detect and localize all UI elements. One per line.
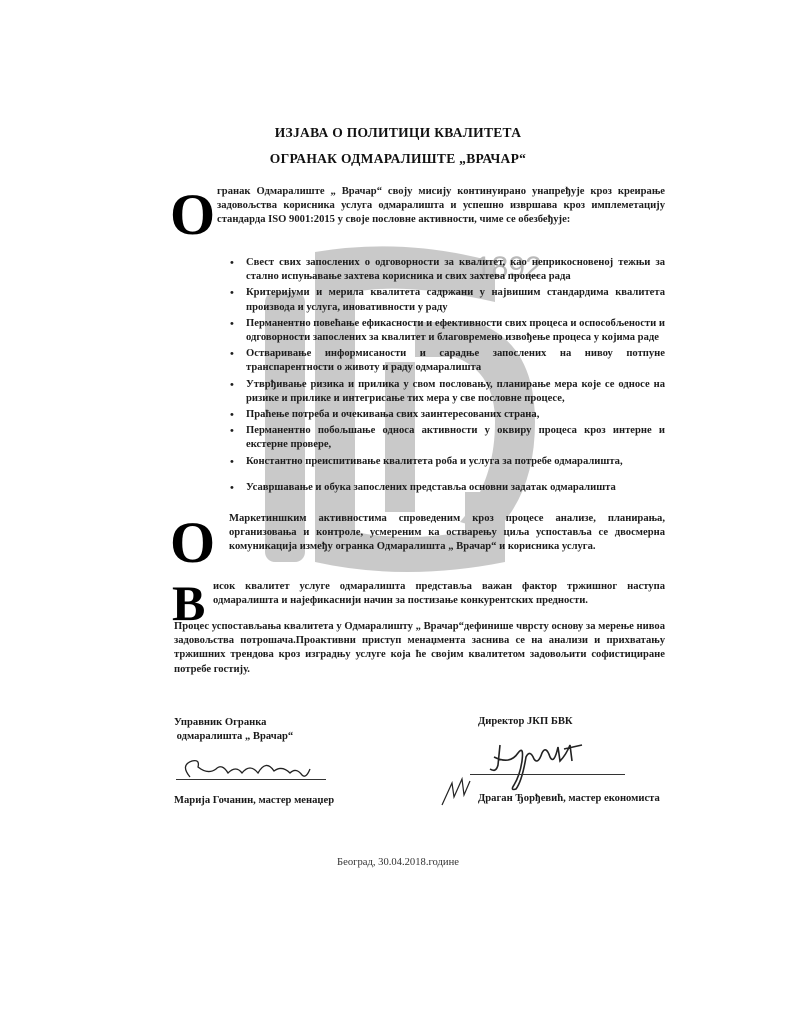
quality-paragraph: исок квалитет услуге одмаралишта предста… — [213, 580, 665, 608]
left-title-line2: одмаралишта „ Врачар“ — [174, 730, 293, 744]
document-subtitle: ОГРАНАК ОДМАРАЛИШТЕ „ВРАЧАР“ — [0, 151, 796, 167]
left-signature-icon — [178, 755, 328, 785]
left-title-line1: Управник Огранка — [174, 716, 293, 730]
bullet-item: Перманентно побољшање односа активности … — [232, 424, 665, 452]
intro-dropcap: О — [170, 186, 215, 244]
bullet-item: Праћење потреба и очекивања свих заинтер… — [232, 408, 665, 422]
right-signatory-name: Драган Ђорђевић, мастер економиста — [478, 793, 660, 804]
process-paragraph: Процес успостављања квалитета у Одмарали… — [174, 620, 665, 677]
left-signature-line — [176, 779, 326, 780]
bullet-item: Константно преиспитивање квалитета роба … — [232, 455, 665, 469]
bullet-item: Усавршавање и обука запослених представљ… — [232, 481, 665, 495]
bullet-item: Свест свих запослених о одговорности за … — [232, 256, 665, 284]
left-signatory-title: Управник Огранка одмаралишта „ Врачар“ — [174, 716, 293, 744]
bullet-item: Остваривање информисаности и сарадње зап… — [232, 347, 665, 375]
document-page: 1892 ИЗЈАВА О ПОЛИТИЦИ КВАЛИТЕТА ОГРАНАК… — [0, 0, 796, 1030]
marketing-dropcap: О — [170, 514, 215, 572]
right-signature-line — [470, 774, 625, 775]
left-signatory-name: Марија Гочанин, мастер менаџер — [174, 795, 334, 806]
bullet-item: Утврђивање ризика и прилика у свом посло… — [232, 378, 665, 406]
place-and-date: Београд, 30.04.2018.године — [0, 857, 796, 868]
policy-bullet-list: Свест свих запослених о одговорности за … — [232, 256, 665, 497]
marketing-paragraph: Маркетиншким активностима спроведеним кр… — [229, 512, 665, 555]
bullet-item: Перманентно повећање ефикасности и ефект… — [232, 317, 665, 345]
document-title: ИЗЈАВА О ПОЛИТИЦИ КВАЛИТЕТА — [0, 125, 796, 141]
intro-paragraph: гранак Одмаралиште „ Врачар“ своју мисиј… — [217, 185, 665, 228]
right-signatory-title: Директор ЈКП БВК — [478, 716, 573, 727]
bullet-item: Критеријуми и мерила квалитета садржани … — [232, 286, 665, 314]
